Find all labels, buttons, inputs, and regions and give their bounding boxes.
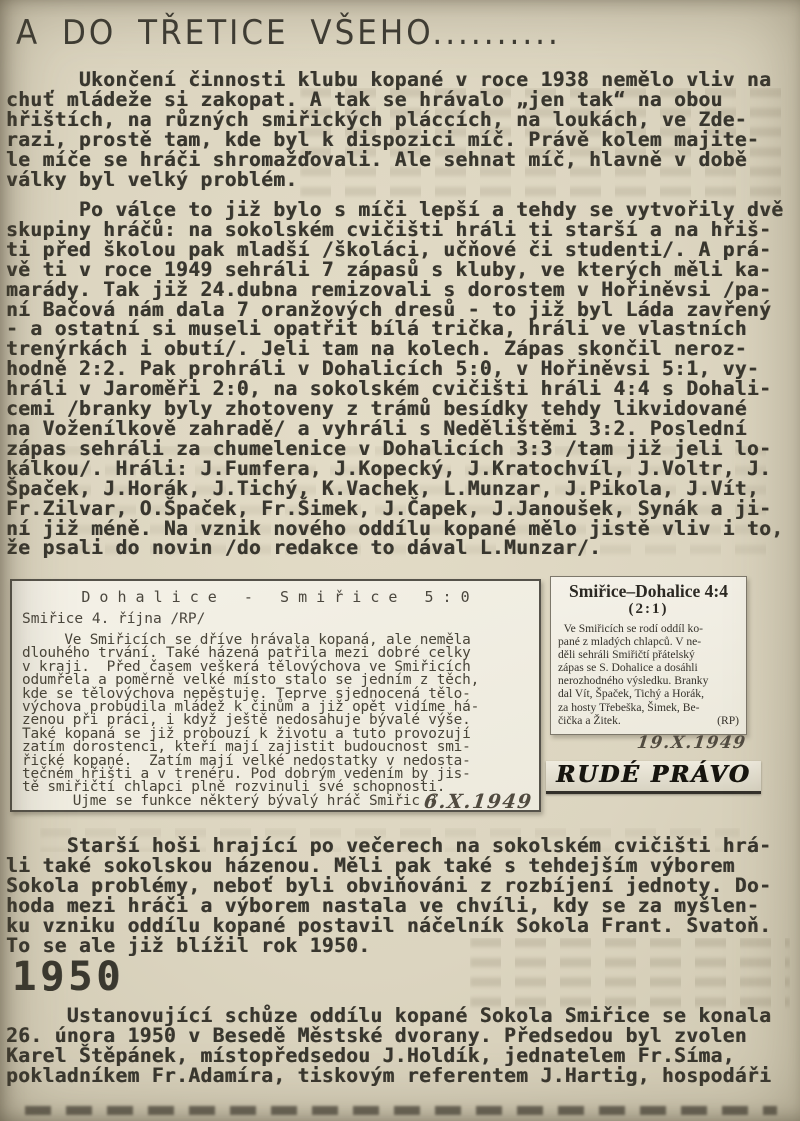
bottom-edge-artifact: [25, 1106, 777, 1115]
clipping-body: Ve Smiřicích se dříve hrávala kopaná, al…: [22, 634, 529, 808]
news-clipping-smirice-dohalice: Smiřice–Dohalice 4:4 (2:1) Ve Smiřicích …: [550, 576, 747, 735]
clipping-source: (RP): [717, 714, 739, 727]
body-paragraph-4: Ustanovující schůze oddílu kopané Sokola…: [6, 1006, 771, 1086]
handwritten-date: 19.X.1949: [636, 733, 748, 753]
body-paragraph-2: Po válce to již bylo s míči lepší a tehd…: [6, 200, 783, 558]
clipping-headline: Smiřice–Dohalice 4:4: [558, 582, 739, 601]
clipping-score: (2:1): [558, 601, 739, 617]
clipping-body: Ve Smiřicích se rodí oddíl ko- pané z ml…: [558, 622, 739, 714]
newspaper-logo-rude-pravo: RUDÉ PRÁVO: [546, 761, 761, 794]
clipping-last-line: čička a Žitek. (RP): [558, 714, 739, 727]
news-clipping-dohalice-smirice: D o h a l i c e - S m i ř i c e 5 : 0 Sm…: [10, 579, 541, 812]
clipping-last-line-text: čička a Žitek.: [558, 714, 621, 727]
scanned-chronicle-page: A DO TŘETICE VŠEHO.......... Ukončení či…: [0, 0, 800, 1121]
handwritten-date: 6.X.1949: [423, 790, 534, 813]
body-paragraph-1: Ukončení činnosti klubu kopané v roce 19…: [6, 70, 771, 189]
year-heading: 1950: [12, 954, 124, 1000]
body-paragraph-3: Starší hoši hrající po večerech na sokol…: [6, 836, 771, 955]
clipping-headline: D o h a l i c e - S m i ř i c e 5 : 0: [22, 588, 529, 606]
clipping-dateline: Smiřice 4. října /RP/: [22, 611, 529, 627]
page-title: A DO TŘETICE VŠEHO..........: [16, 14, 561, 53]
